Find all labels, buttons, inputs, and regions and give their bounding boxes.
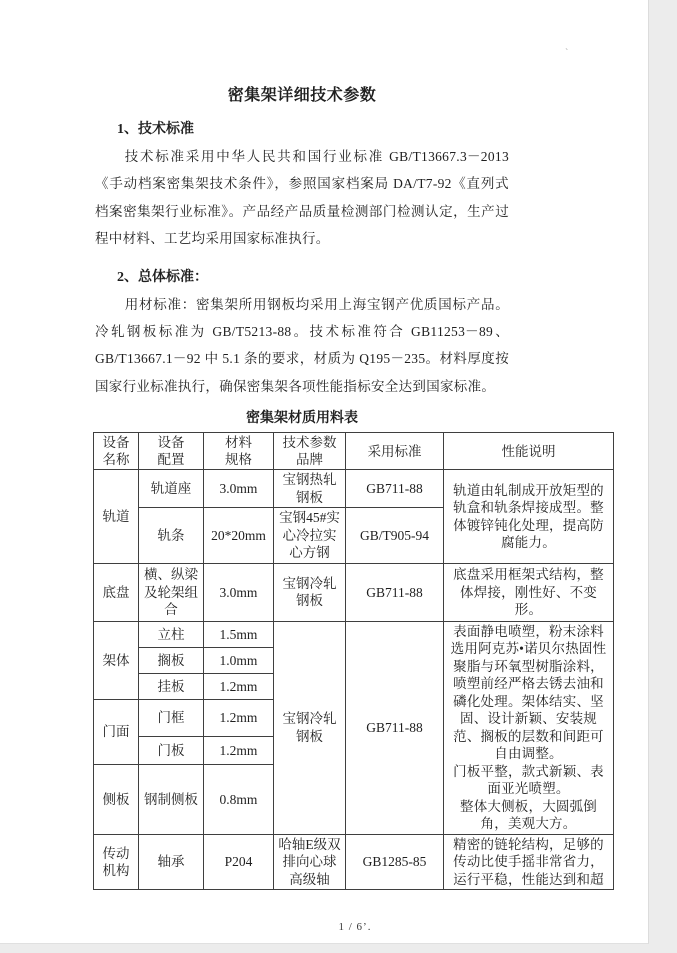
- cell-brand-shared: 宝钢冷轧钢板: [274, 621, 346, 834]
- cell-config: 门板: [139, 736, 204, 764]
- header-tech-brand: 技术参数 品牌: [274, 433, 346, 470]
- table-row: 底盘 横、纵梁及轮架组合 3.0mm 宝钢冷轧钢板 GB711-88 底盘采用框…: [94, 563, 614, 621]
- cell-spec: 1.5mm: [204, 621, 274, 647]
- header-device-name: 设备 名称: [94, 433, 139, 470]
- header-device-config: 设备 配置: [139, 433, 204, 470]
- performance-paragraph: 门板平整，款式新颖、表面亚光喷塑。: [447, 763, 610, 798]
- cell-brand: 宝钢45#实心冷拉实心方钢: [274, 508, 346, 564]
- cell-config: 轨道座: [139, 470, 204, 508]
- cell-config: 立柱: [139, 621, 204, 647]
- cell-spec: 1.2mm: [204, 736, 274, 764]
- document-page: ˋ 密集架详细技术参数 1、技术标准 技术标准采用中华人民共和国行业标准 GB/…: [0, 0, 649, 944]
- header-standard: 采用标准: [346, 433, 444, 470]
- cell-group-menmian: 门面: [94, 699, 139, 764]
- section-1-paragraph: 技术标准采用中华人民共和国行业标准 GB/T13667.3－2013《手动档案密…: [95, 143, 509, 253]
- section-2-heading: 2、总体标准：: [117, 266, 620, 286]
- material-spec-table: 设备 名称 设备 配置 材料 规格 技术参数 品牌 采用标准 性能说明 轨道 轨…: [93, 432, 614, 890]
- header-material-spec: 材料 规格: [204, 433, 274, 470]
- cell-config: 搁板: [139, 647, 204, 673]
- page-number: 1 / 6’.: [95, 921, 615, 933]
- cell-spec: 1.2mm: [204, 699, 274, 736]
- cell-config: 钢制侧板: [139, 764, 204, 834]
- cell-standard: GB711-88: [346, 470, 444, 508]
- cell-spec: 1.2mm: [204, 673, 274, 699]
- table-row: 轨道 轨道座 3.0mm 宝钢热轧钢板 GB711-88 轨道由轧制成开放矩型的…: [94, 470, 614, 508]
- cell-standard: GB711-88: [346, 563, 444, 621]
- cell-group-dipan: 底盘: [94, 563, 139, 621]
- cell-performance-chuandong: 精密的链轮结构，足够的传动比使手摇非常省力，运行平稳，性能达到和超: [444, 834, 614, 890]
- cell-config: 横、纵梁及轮架组合: [139, 563, 204, 621]
- performance-paragraph: 整体大侧板，大圆弧倒角，美观大方。: [447, 798, 610, 833]
- page-title: 密集架详细技术参数: [95, 82, 509, 105]
- cell-group-ceban: 侧板: [94, 764, 139, 834]
- cell-spec: 0.8mm: [204, 764, 274, 834]
- cell-performance-shared: 表面静电喷塑，粉末涂料选用阿克苏•诺贝尔热固性聚脂与环氧型树脂涂料，喷塑前经严格…: [444, 621, 614, 834]
- section-2-paragraph: 用材标准：密集架所用钢板均采用上海宝钢产优质国标产品。冷轧钢板标准为 GB/T5…: [95, 291, 509, 401]
- table-row: 架体 立柱 1.5mm 宝钢冷轧钢板 GB711-88 表面静电喷塑，粉末涂料选…: [94, 621, 614, 647]
- cell-performance-guidao: 轨道由轧制成开放矩型的轨盒和轨条焊接成型。整体镀锌钝化处理，提高防腐能力。: [444, 470, 614, 564]
- cell-spec: P204: [204, 834, 274, 890]
- cell-spec: 3.0mm: [204, 563, 274, 621]
- cell-spec: 20*20mm: [204, 508, 274, 564]
- cell-group-chuandong: 传动机构: [94, 834, 139, 890]
- cell-standard-shared: GB711-88: [346, 621, 444, 834]
- cell-brand: 宝钢热轧钢板: [274, 470, 346, 508]
- cell-standard: GB1285-85: [346, 834, 444, 890]
- section-1-heading: 1、技术标准: [117, 118, 620, 138]
- header-performance: 性能说明: [444, 433, 614, 470]
- performance-paragraph: 表面静电喷塑，粉末涂料选用阿克苏•诺贝尔热固性聚脂与环氧型树脂涂料，喷塑前经严格…: [447, 623, 610, 763]
- cell-group-guidao: 轨道: [94, 470, 139, 564]
- table-row: 传动机构 轴承 P204 哈轴E级双排向心球高级轴 GB1285-85 精密的链…: [94, 834, 614, 890]
- cell-config: 门框: [139, 699, 204, 736]
- cell-spec: 3.0mm: [204, 470, 274, 508]
- cell-performance-dipan: 底盘采用框架式结构，整体焊接，刚性好、不变形。: [444, 563, 614, 621]
- cell-brand: 哈轴E级双排向心球高级轴: [274, 834, 346, 890]
- document-content: 密集架详细技术参数 1、技术标准 技术标准采用中华人民共和国行业标准 GB/T1…: [95, 0, 620, 933]
- table-title: 密集架材质用料表: [95, 407, 509, 427]
- cell-spec: 1.0mm: [204, 647, 274, 673]
- table-header-row: 设备 名称 设备 配置 材料 规格 技术参数 品牌 采用标准 性能说明: [94, 433, 614, 470]
- cell-standard: GB/T905-94: [346, 508, 444, 564]
- cell-brand: 宝钢冷轧钢板: [274, 563, 346, 621]
- cell-config: 轨条: [139, 508, 204, 564]
- cell-config: 挂板: [139, 673, 204, 699]
- cell-config: 轴承: [139, 834, 204, 890]
- cell-group-jiati: 架体: [94, 621, 139, 699]
